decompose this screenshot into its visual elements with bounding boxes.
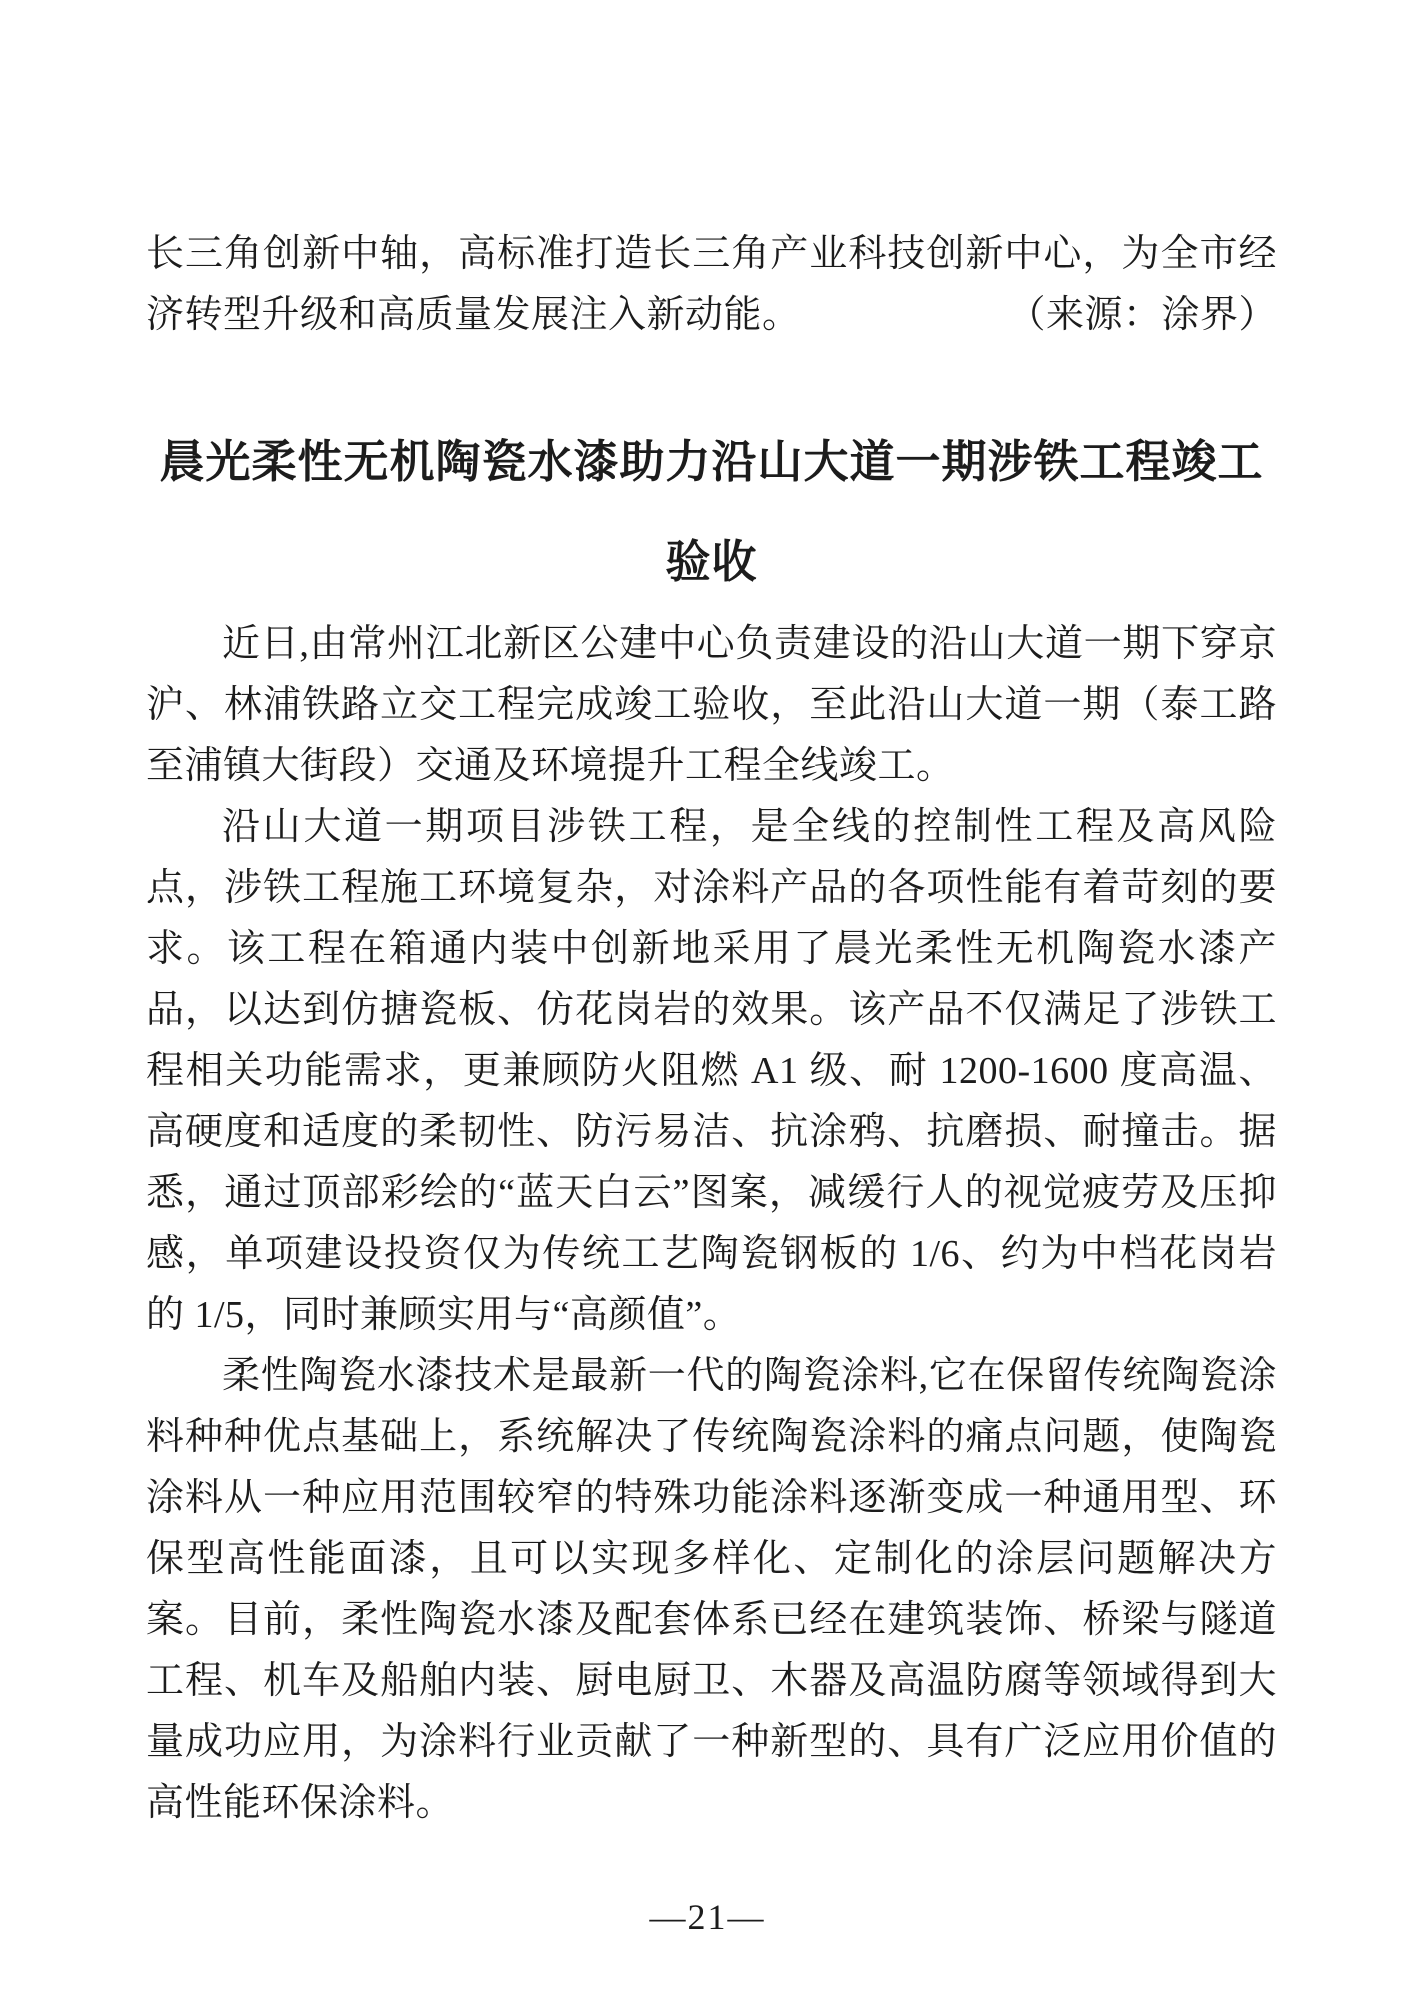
continuation-line-1: 长三角创新中轴，高标准打造长三角产业科技创新中心，为全市经 <box>146 224 1277 285</box>
article-body: 近日,由常州江北新区公建中心负责建设的沿山大道一期下穿京沪、林浦铁路立交工程完成… <box>146 614 1277 1834</box>
source-attribution: （来源：涂界） <box>1007 285 1277 346</box>
document-page: 长三角创新中轴，高标准打造长三角产业科技创新中心，为全市经 济转型升级和高质量发… <box>0 0 1415 2000</box>
article-title: 晨光柔性无机陶瓷水漆助力沿山大道一期涉铁工程竣工 验收 <box>146 412 1277 612</box>
article-title-line-2: 验收 <box>146 512 1277 612</box>
continuation-line-2-text: 济转型升级和高质量发展注入新动能。 <box>146 285 801 346</box>
paragraph-3: 柔性陶瓷水漆技术是最新一代的陶瓷涂料,它在保留传统陶瓷涂料种种优点基础上，系统解… <box>146 1346 1277 1834</box>
article-title-line-1: 晨光柔性无机陶瓷水漆助力沿山大道一期涉铁工程竣工 <box>146 412 1277 512</box>
paragraph-2: 沿山大道一期项目涉铁工程，是全线的控制性工程及高风险点，涉铁工程施工环境复杂，对… <box>146 797 1277 1346</box>
previous-article-continuation: 长三角创新中轴，高标准打造长三角产业科技创新中心，为全市经 济转型升级和高质量发… <box>146 224 1277 346</box>
page-number: —21— <box>0 1896 1415 1938</box>
page-content: 长三角创新中轴，高标准打造长三角产业科技创新中心，为全市经 济转型升级和高质量发… <box>146 224 1277 1834</box>
continuation-line-2: 济转型升级和高质量发展注入新动能。 （来源：涂界） <box>146 285 1277 346</box>
paragraph-1: 近日,由常州江北新区公建中心负责建设的沿山大道一期下穿京沪、林浦铁路立交工程完成… <box>146 614 1277 797</box>
